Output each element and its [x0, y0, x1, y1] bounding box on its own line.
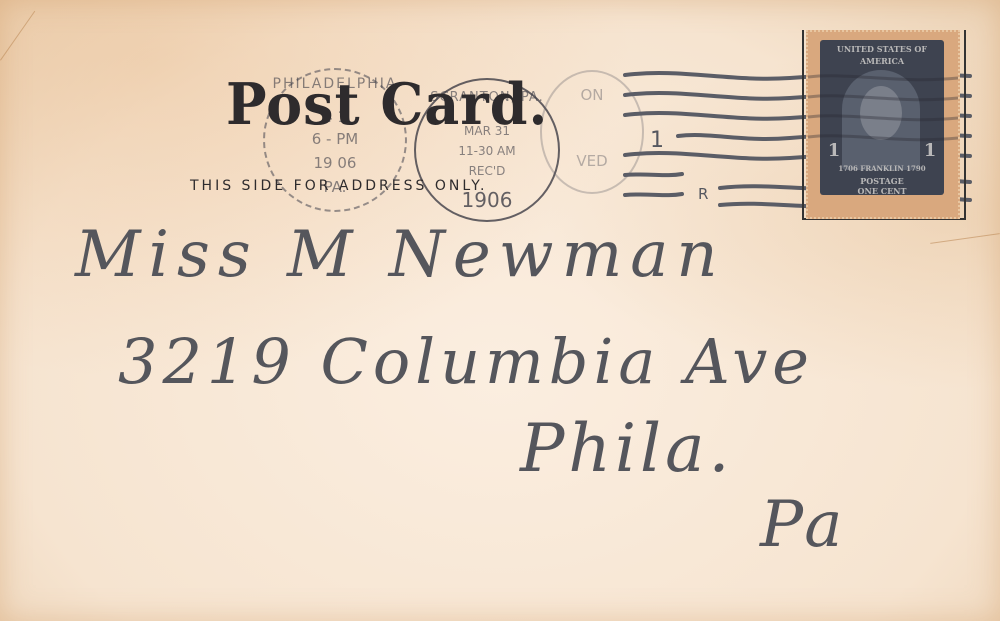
corner-crease: [0, 11, 35, 61]
address-line-state: Pa: [760, 488, 846, 562]
edge-crease: [930, 233, 999, 244]
cancellation-numeral: 1: [650, 128, 664, 153]
cancellation-letter: R: [698, 185, 708, 203]
postcard-title: Post Card.: [226, 70, 548, 137]
postmark-bottom-text: REC'D: [416, 164, 558, 178]
postmark-line3: 19 06: [265, 154, 405, 172]
stamp-cancel-lines-icon: [808, 32, 958, 217]
address-line-name: Miss M Newman: [75, 218, 726, 292]
address-line-street: 3219 Columbia Ave: [118, 325, 814, 398]
address-line-city: Phila.: [520, 410, 733, 487]
address-only-label: THIS SIDE FOR ADDRESS ONLY.: [190, 178, 487, 194]
postage-stamp: UNITED STATES OF AMERICA 1 1 1706 FRANKL…: [806, 30, 960, 219]
postcard: PHILADELPHIA 4 1 6 - PM 19 06 PA. SCRANT…: [0, 0, 1000, 621]
postmark-line2: 11-30 AM: [416, 144, 558, 158]
